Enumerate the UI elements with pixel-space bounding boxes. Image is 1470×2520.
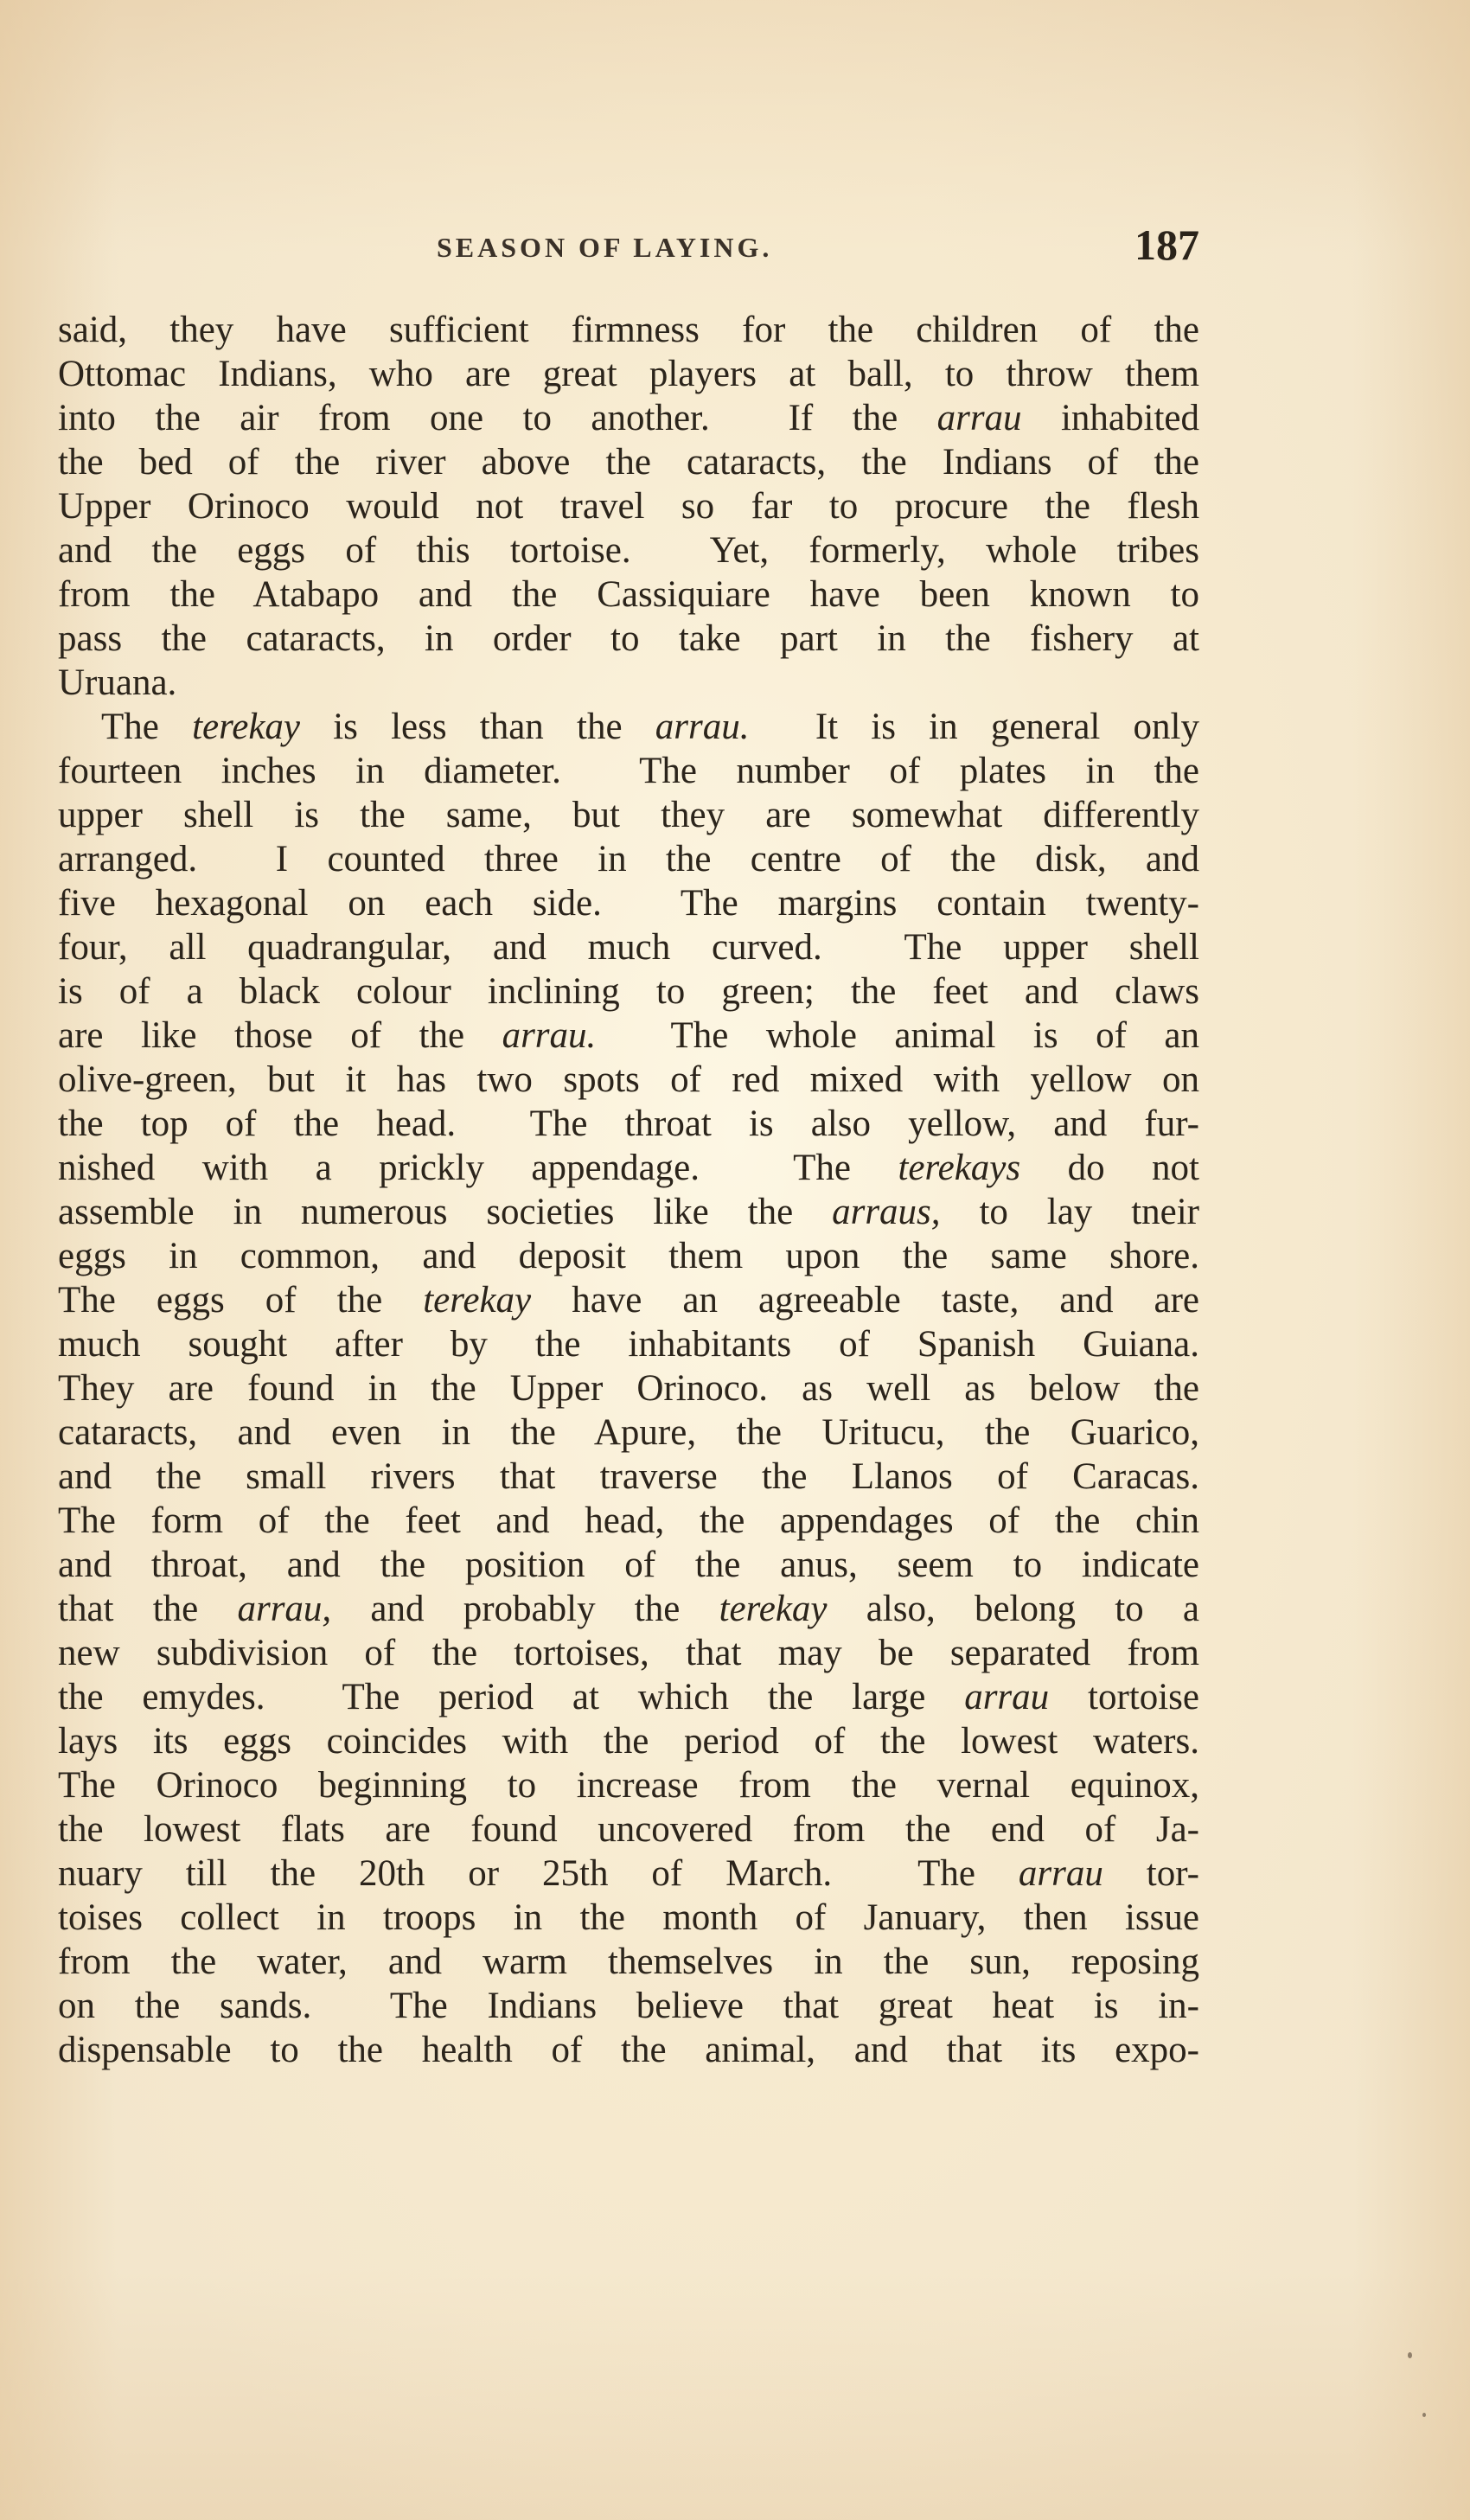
text-line: said, they have sufficient firmness for … (58, 308, 1199, 352)
paragraph: The terekay is less than the arrau. It i… (58, 705, 1199, 2072)
text-segment: that the (58, 1589, 237, 1629)
text-segment: the bed of the river above the cataracts… (58, 442, 1199, 483)
italic-term: terekay (423, 1280, 531, 1321)
text-segment: tor- (1103, 1853, 1199, 1894)
text-line: Upper Orinoco would not travel so far to… (58, 484, 1199, 528)
text-segment: toises collect in troops in the month of… (58, 1897, 1199, 1938)
text-segment: have an agreeable taste, and are (531, 1280, 1199, 1321)
italic-term: arrau (937, 398, 1022, 438)
text-segment: on the sands. The Indians believe that g… (58, 1986, 1199, 2026)
text-segment: inhabited (1022, 398, 1199, 438)
text-segment: into the air from one to another. If the (58, 398, 937, 438)
text-segment: is less than the (300, 707, 655, 747)
text-segment: are like those of the (58, 1015, 502, 1056)
text-line: The Orinoco beginning to increase from t… (58, 1763, 1199, 1807)
text-line: and the small rivers that traverse the L… (58, 1455, 1199, 1499)
text-segment: from the Atabapo and the Cassiquiare hav… (58, 574, 1199, 615)
text-segment: Ottomac Indians, who are great players a… (58, 354, 1199, 394)
page-number: 187 (1134, 223, 1199, 266)
italic-term: terekays (898, 1148, 1020, 1188)
text-line: on the sands. The Indians believe that g… (58, 1984, 1199, 2028)
text-line: new subdivision of the tortoises, that m… (58, 1631, 1199, 1675)
text-segment: and the small rivers that traverse the L… (58, 1456, 1199, 1497)
text-line: into the air from one to another. If the… (58, 396, 1199, 440)
text-segment: arranged. I counted three in the centre … (58, 839, 1199, 879)
italic-term: terekay (192, 707, 300, 747)
italic-term: arrau. (655, 707, 750, 747)
text-line: from the Atabapo and the Cassiquiare hav… (58, 572, 1199, 617)
text-segment: and the eggs of this tortoise. Yet, form… (58, 530, 1199, 571)
text-segment: The Orinoco beginning to increase from t… (58, 1765, 1199, 1806)
text-line: fourteen inches in diameter. The number … (58, 749, 1199, 793)
text-segment: tortoise (1049, 1677, 1199, 1717)
text-line: and throat, and the position of the anus… (58, 1543, 1199, 1587)
text-segment: The whole animal is of an (596, 1015, 1199, 1056)
text-line: upper shell is the same, but they are so… (58, 793, 1199, 837)
text-line: are like those of the arrau. The whole a… (58, 1014, 1199, 1058)
italic-term: arrau, (237, 1589, 331, 1629)
text-line: The terekay is less than the arrau. It i… (58, 705, 1199, 749)
text-segment: the emydes. The period at which the larg… (58, 1677, 964, 1717)
italic-term: terekay (719, 1589, 828, 1629)
text-line: from the water, and warm themselves in t… (58, 1940, 1199, 1984)
text-line: Ottomac Indians, who are great players a… (58, 352, 1199, 396)
italic-term: arrau (1019, 1853, 1103, 1894)
text-line: five hexagonal on each side. The margins… (58, 881, 1199, 925)
text-line: nished with a prickly appendage. The ter… (58, 1146, 1199, 1190)
paper-speck (1422, 2413, 1426, 2417)
text-line: lays its eggs coincides with the period … (58, 1719, 1199, 1763)
italic-term: arraus, (832, 1192, 940, 1232)
text-segment: pass the cataracts, in order to take par… (58, 618, 1199, 659)
text-line: the emydes. The period at which the larg… (58, 1675, 1199, 1719)
text-segment: said, they have sufficient firmness for … (58, 310, 1199, 350)
text-segment: nuary till the 20th or 25th of March. Th… (58, 1853, 1019, 1894)
text-line: much sought after by the inhabitants of … (58, 1322, 1199, 1366)
text-segment: lays its eggs coincides with the period … (58, 1721, 1199, 1762)
text-line: toises collect in troops in the month of… (58, 1896, 1199, 1940)
text-line: the top of the head. The throat is also … (58, 1102, 1199, 1146)
text-segment: The form of the feet and head, the appen… (58, 1500, 1199, 1541)
text-segment: assemble in numerous societies like the (58, 1192, 832, 1232)
text-segment: new subdivision of the tortoises, that m… (58, 1633, 1199, 1673)
text-line: the lowest flats are found uncovered fro… (58, 1807, 1199, 1852)
text-segment: fourteen inches in diameter. The number … (58, 751, 1199, 791)
text-segment: The (101, 707, 192, 747)
text-line: is of a black colour inclining to green;… (58, 969, 1199, 1014)
text-segment: to lay tneir (941, 1192, 1199, 1232)
text-line: and the eggs of this tortoise. Yet, form… (58, 528, 1199, 572)
text-line: that the arrau, and probably the terekay… (58, 1587, 1199, 1631)
text-line: the bed of the river above the cataracts… (58, 440, 1199, 484)
text-line: dispensable to the health of the animal,… (58, 2028, 1199, 2072)
text-line: The eggs of the terekay have an agreeabl… (58, 1278, 1199, 1322)
text-segment: upper shell is the same, but they are so… (58, 795, 1199, 835)
text-segment: Uruana. (58, 662, 176, 703)
text-segment: the top of the head. The throat is also … (58, 1103, 1199, 1144)
text-segment: The eggs of the (58, 1280, 423, 1321)
running-head: SEASON OF LAYING. 187 (58, 223, 1199, 266)
text-segment: is of a black colour inclining to green;… (58, 971, 1199, 1012)
text-segment: and throat, and the position of the anus… (58, 1545, 1199, 1585)
text-line: nuary till the 20th or 25th of March. Th… (58, 1852, 1199, 1896)
text-segment: dispensable to the health of the animal,… (58, 2030, 1199, 2070)
book-page: SEASON OF LAYING. 187 said, they have su… (0, 0, 1470, 2520)
text-segment: nished with a prickly appendage. The (58, 1148, 898, 1188)
text-segment: Upper Orinoco would not travel so far to… (58, 486, 1199, 527)
text-line: olive-green, but it has two spots of red… (58, 1058, 1199, 1102)
text-line: pass the cataracts, in order to take par… (58, 617, 1199, 661)
text-segment: five hexagonal on each side. The margins… (58, 883, 1199, 924)
text-segment: four, all quadrangular, and much curved.… (58, 927, 1199, 968)
running-title: SEASON OF LAYING. (437, 232, 772, 264)
text-segment: do not (1020, 1148, 1199, 1188)
text-line: eggs in common, and deposit them upon th… (58, 1234, 1199, 1278)
text-line: assemble in numerous societies like the … (58, 1190, 1199, 1234)
paper-speck (1408, 2352, 1412, 2358)
text-segment: olive-green, but it has two spots of red… (58, 1059, 1199, 1100)
text-segment: much sought after by the inhabitants of … (58, 1324, 1199, 1365)
text-line: cataracts, and even in the Apure, the Ur… (58, 1410, 1199, 1455)
text-segment: the lowest flats are found uncovered fro… (58, 1809, 1199, 1850)
text-segment: also, belong to a (828, 1589, 1199, 1629)
text-segment: cataracts, and even in the Apure, the Ur… (58, 1412, 1199, 1453)
text-segment: eggs in common, and deposit them upon th… (58, 1236, 1199, 1276)
text-line: arranged. I counted three in the centre … (58, 837, 1199, 881)
italic-term: arrau. (502, 1015, 597, 1056)
text-segment: They are found in the Upper Orinoco. as … (58, 1368, 1199, 1409)
text-segment: from the water, and warm themselves in t… (58, 1941, 1199, 1982)
paragraph: said, they have sufficient firmness for … (58, 308, 1199, 705)
text-segment: It is in general only (749, 707, 1199, 747)
text-line: four, all quadrangular, and much curved.… (58, 925, 1199, 969)
text-segment: and probably the (331, 1589, 719, 1629)
text-line: Uruana. (58, 661, 1199, 705)
text-line: They are found in the Upper Orinoco. as … (58, 1366, 1199, 1410)
body-text: said, they have sufficient firmness for … (58, 308, 1199, 2072)
italic-term: arrau (964, 1677, 1049, 1717)
text-line: The form of the feet and head, the appen… (58, 1499, 1199, 1543)
